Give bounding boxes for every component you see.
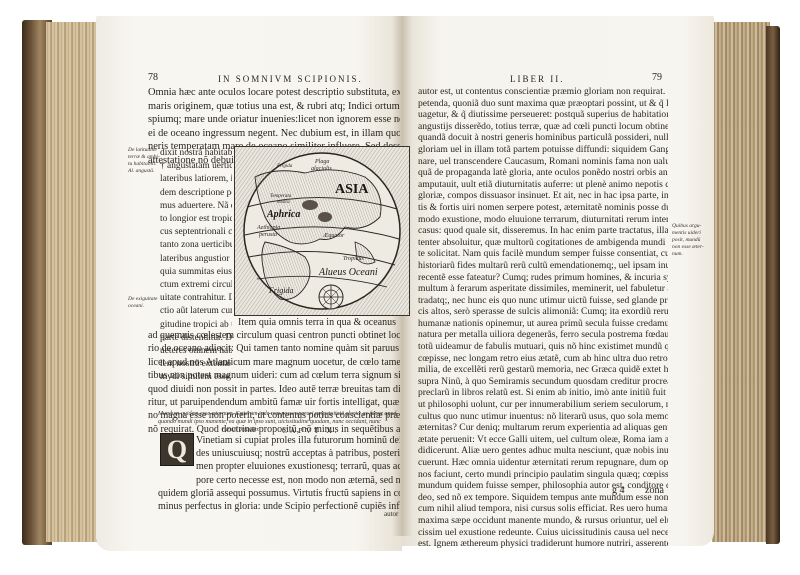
right-page-edges <box>712 22 770 542</box>
text-line: cultus quo nunc utimur inuentus: nõ lite… <box>418 411 668 423</box>
text-line: cœpisse, nec longam retro eius ætatẽ, cu… <box>418 353 668 365</box>
chapter-summary-last: rursus oriantur. <box>222 426 260 434</box>
text-line: mundum quidem fuisse semper, philosophia… <box>418 480 668 492</box>
text-line: tis & fortis uiri nomen serpere potest, … <box>418 202 668 214</box>
map-label-frigida-south: Frigida <box>268 286 293 295</box>
map-label-temperata: Temperata <box>270 194 292 199</box>
summary-line: Mundum quidem esse æternum. Cæterum inde… <box>158 410 398 418</box>
marginal-line: Quibus argu- <box>672 223 708 230</box>
text-line: rio de oceano adiecit: Qui tamen tanto n… <box>148 342 400 355</box>
text-line: humanæ nationis opinemur, ut aurea primũ… <box>418 318 668 330</box>
text-line: tradatq;, nec hunc eis quo nunc utimur u… <box>418 295 668 307</box>
marginal-note-ocean: De exiguitate oceani. <box>128 296 160 310</box>
text-line: milia, de excellẽti rerũ gestarũ memoria… <box>418 364 668 376</box>
text-line: ad quemuis cœlestem circulum quasi centr… <box>148 329 400 342</box>
text-line: dixit nostrã habitabilem <box>160 147 232 160</box>
text-line: cissim uel exustione redeunte. Cuius uic… <box>418 527 668 539</box>
map-label-aethiopia: Aethiopia <box>256 225 280 231</box>
text-line: historiarũ fides multarũ rerũ cultũ emen… <box>418 260 668 272</box>
text-line: ei de oceano ingressum negent. Nec dubiu… <box>148 127 400 141</box>
map-illustration: Plaga glacialis Frigida ASIA Aphrica Tem… <box>235 147 409 315</box>
text-line: des uniuscuiusq; nostrũ acceptas à patri… <box>196 447 400 460</box>
map-label-nostra: nostra <box>277 200 290 205</box>
text-line: totũ uideamur de fabulis mutuari, quis n… <box>418 341 668 353</box>
text-line: Omnia hæc ante oculos locare potest desc… <box>148 86 400 100</box>
marginal-line: De latitudine <box>128 147 160 154</box>
text-line: petenda, quoniã duo sunt maxima quæ præo… <box>418 98 668 110</box>
summary-line: quando mundi ipso manente, ea quæ in ips… <box>158 418 398 426</box>
text-line: licet apud nos Atlanticum mare magnum uo… <box>148 356 400 369</box>
text-line: ut philosophi uolunt, cur per innumerabi… <box>418 399 668 411</box>
right-cover <box>766 26 780 544</box>
marginal-note-latitude: De latitudine terræ & ambi- tu habitabil… <box>128 147 160 175</box>
text-line: multum à ferarum asperitate dissimiles, … <box>418 283 668 295</box>
text-line: spiumq; mare unde oriatur inuenies:licet… <box>148 113 400 127</box>
text-line: Vinetiam si cupiat proles illa futurorum… <box>196 434 400 447</box>
text-line: amputauit, uult etiã diuturnitatis aufer… <box>418 179 668 191</box>
right-catchword: zona <box>645 485 664 496</box>
marginal-note-eternity: Quibus argu- mentis uideri posit, mundũ … <box>672 223 708 258</box>
text-line: supra Ninũ, à quo Semiramis secundum quo… <box>418 376 668 388</box>
left-running-head: IN SOMNIVM SCIPIONIS. <box>218 74 363 84</box>
text-line: lateribus latiorem, in ea- <box>160 173 232 186</box>
chapter-continuation: quidem gloriã assequi possumus. Virtutis… <box>158 487 400 513</box>
marginal-line: Al. angustā. <box>128 168 160 175</box>
left-line-after-map: Item quia omnis terra in qua & oceanus e… <box>238 316 398 330</box>
marginal-line: num. <box>672 251 708 258</box>
text-line: æternitas? Cur deniq; multarum rerum exp… <box>418 422 668 434</box>
marginal-line: tu habitabili. <box>128 161 160 168</box>
text-line: cuerunt. Hæc omnia uidentur æternitati r… <box>418 457 668 469</box>
chapter-opening-indented: Vinetiam si cupiat proles illa futurorum… <box>196 434 400 487</box>
text-line: preclarũ in libros relatũ est. Si enim a… <box>418 387 668 399</box>
text-line: uitate contrahitur. Dedu <box>160 292 232 305</box>
text-line: cus septentrionali circo, <box>160 226 232 239</box>
text-line: natura per metalla uiliora degenerãs, fe… <box>418 329 668 341</box>
text-line: quod diuidi non possit in partes. Ideo a… <box>148 383 400 396</box>
marginal-line: De exiguitate <box>128 296 160 303</box>
text-line: modo exustione, modo eluuione terrarum, … <box>418 214 668 226</box>
map-label-alueus-oceani: Alueus Oceani <box>318 267 378 278</box>
map-label-plaga: Plaga <box>314 159 329 165</box>
text-line: men propter eluuiones exustionesq; terra… <box>196 460 400 473</box>
text-line: cum nihil aliud tempora, nisi cursus sol… <box>418 503 668 515</box>
marginal-line: non esse æter- <box>672 244 708 251</box>
dropcap-letter: Q <box>167 437 187 463</box>
map-label-perusta: perusta <box>258 232 277 238</box>
text-line: mus aduertere. Nã quan- <box>160 200 232 213</box>
text-line: pore certo necesse est, non modo non æte… <box>196 474 400 487</box>
text-line: gloriæ, compos dissuasor insinuet. Et ai… <box>418 190 668 202</box>
right-page-body: autor est, ut contentus conscientiæ præm… <box>418 86 668 550</box>
map-label-aequator: Æquator <box>322 233 345 239</box>
left-catchword: autor <box>384 510 398 518</box>
woodcut-world-map: Plaga glacialis Frigida ASIA Aphrica Tem… <box>234 146 410 316</box>
text-line: minus perfectus in gloria: unde Scipio p… <box>158 500 400 513</box>
map-label-aphrica: Aphrica <box>266 209 300 220</box>
text-line: maris originem, quæ totius una est, & ru… <box>148 100 400 114</box>
right-running-head: LIBER II. <box>510 74 565 84</box>
text-line: cis altos, serò sperasse de sulcis alimo… <box>418 306 668 318</box>
left-page-edges <box>46 22 98 542</box>
text-line: quã de propaganda latè gloria, ante ocul… <box>418 167 668 179</box>
left-page-number: 78 <box>148 72 158 83</box>
compass-rose-icon <box>319 285 343 309</box>
text-line: casus: quod quale sit, disseremus. In ha… <box>418 225 668 237</box>
map-label-asia: ASIA <box>335 182 369 197</box>
text-line: dem descriptione poteri- <box>160 187 232 200</box>
text-line: lateribus angustior est: <box>160 253 232 266</box>
text-line: nos faciunt, certo mundi principio paula… <box>418 469 668 481</box>
text-line: quandã docuit à nostri generis hominibus… <box>418 132 668 144</box>
decorated-initial: Q <box>160 433 194 466</box>
text-line: te solicitat. Nam quis facilè mundum sem… <box>418 248 668 260</box>
marginal-line: mentis uideri <box>672 230 708 237</box>
marginal-line: terræ & ambi- <box>128 154 160 161</box>
marginal-line: oceani. <box>128 303 160 310</box>
right-page-number: 79 <box>652 72 662 83</box>
text-line: to longior est tropicus cir <box>160 213 232 226</box>
text-line: quia summitas eius in ar- <box>160 266 232 279</box>
text-line: deo, sed nõ ex tempore. Siquidem tempus … <box>418 492 668 504</box>
text-line: ctum extremi circuli bre- <box>160 279 232 292</box>
text-line: uagetur, & q̃ diutissime perseueret: pos… <box>418 109 668 121</box>
text-line: ctio aũt laterum cum lon <box>160 305 232 318</box>
text-line: gloriam uel in illam totã partem potuiss… <box>418 144 668 156</box>
text-line: autor est, ut contentus conscientiæ præm… <box>418 86 668 98</box>
text-line: recentẽ esse fateatur? Cumq; rudes primu… <box>418 272 668 284</box>
text-line: ætate peruenit: Vt ecce Galli uitem, uel… <box>418 434 668 446</box>
text-line: Item quia omnis terra in qua & oceanus e… <box>238 316 398 330</box>
text-line: angustijs disserẽdo, totius terræ, quæ a… <box>418 121 668 133</box>
text-line: didicerunt. Aliæ uero gentes adhuc multa… <box>418 445 668 457</box>
open-book: 78 IN SOMNIVM SCIPIONIS. Omnia hæc ante … <box>0 0 800 575</box>
text-line: maxima sæpe occidunt manente mundo, & ru… <box>418 515 668 527</box>
map-label-frigida-north: Frigida <box>276 164 293 169</box>
text-line: tibus non potest magnum uideri: cum ad c… <box>148 369 400 382</box>
marginal-line: posit, mundũ <box>672 237 708 244</box>
text-line: quidem gloriã assequi possumus. Virtutis… <box>158 487 400 500</box>
text-line: tenter absoluitur, quæ multorũ cogitatio… <box>418 237 668 249</box>
map-label-tropicus: Tropicus <box>343 256 364 262</box>
text-line: est. Ignem æthereum physici tradiderunt … <box>418 538 668 550</box>
text-line: tanto zona uerticibus q̃ <box>160 239 232 252</box>
text-line: † angustatam uerticibus, <box>160 160 232 173</box>
text-line: ritur, ut paruipendendum ambitũ famæ uir… <box>148 396 400 409</box>
text-line: nare, uel transcendere Caucasum, Romani … <box>418 156 668 168</box>
chapter-summary: Mundum quidem esse æternum. Cæterum inde… <box>158 410 398 426</box>
signature-mark: g 4 <box>612 485 625 496</box>
map-label-glacialis: glacialis <box>311 166 332 172</box>
